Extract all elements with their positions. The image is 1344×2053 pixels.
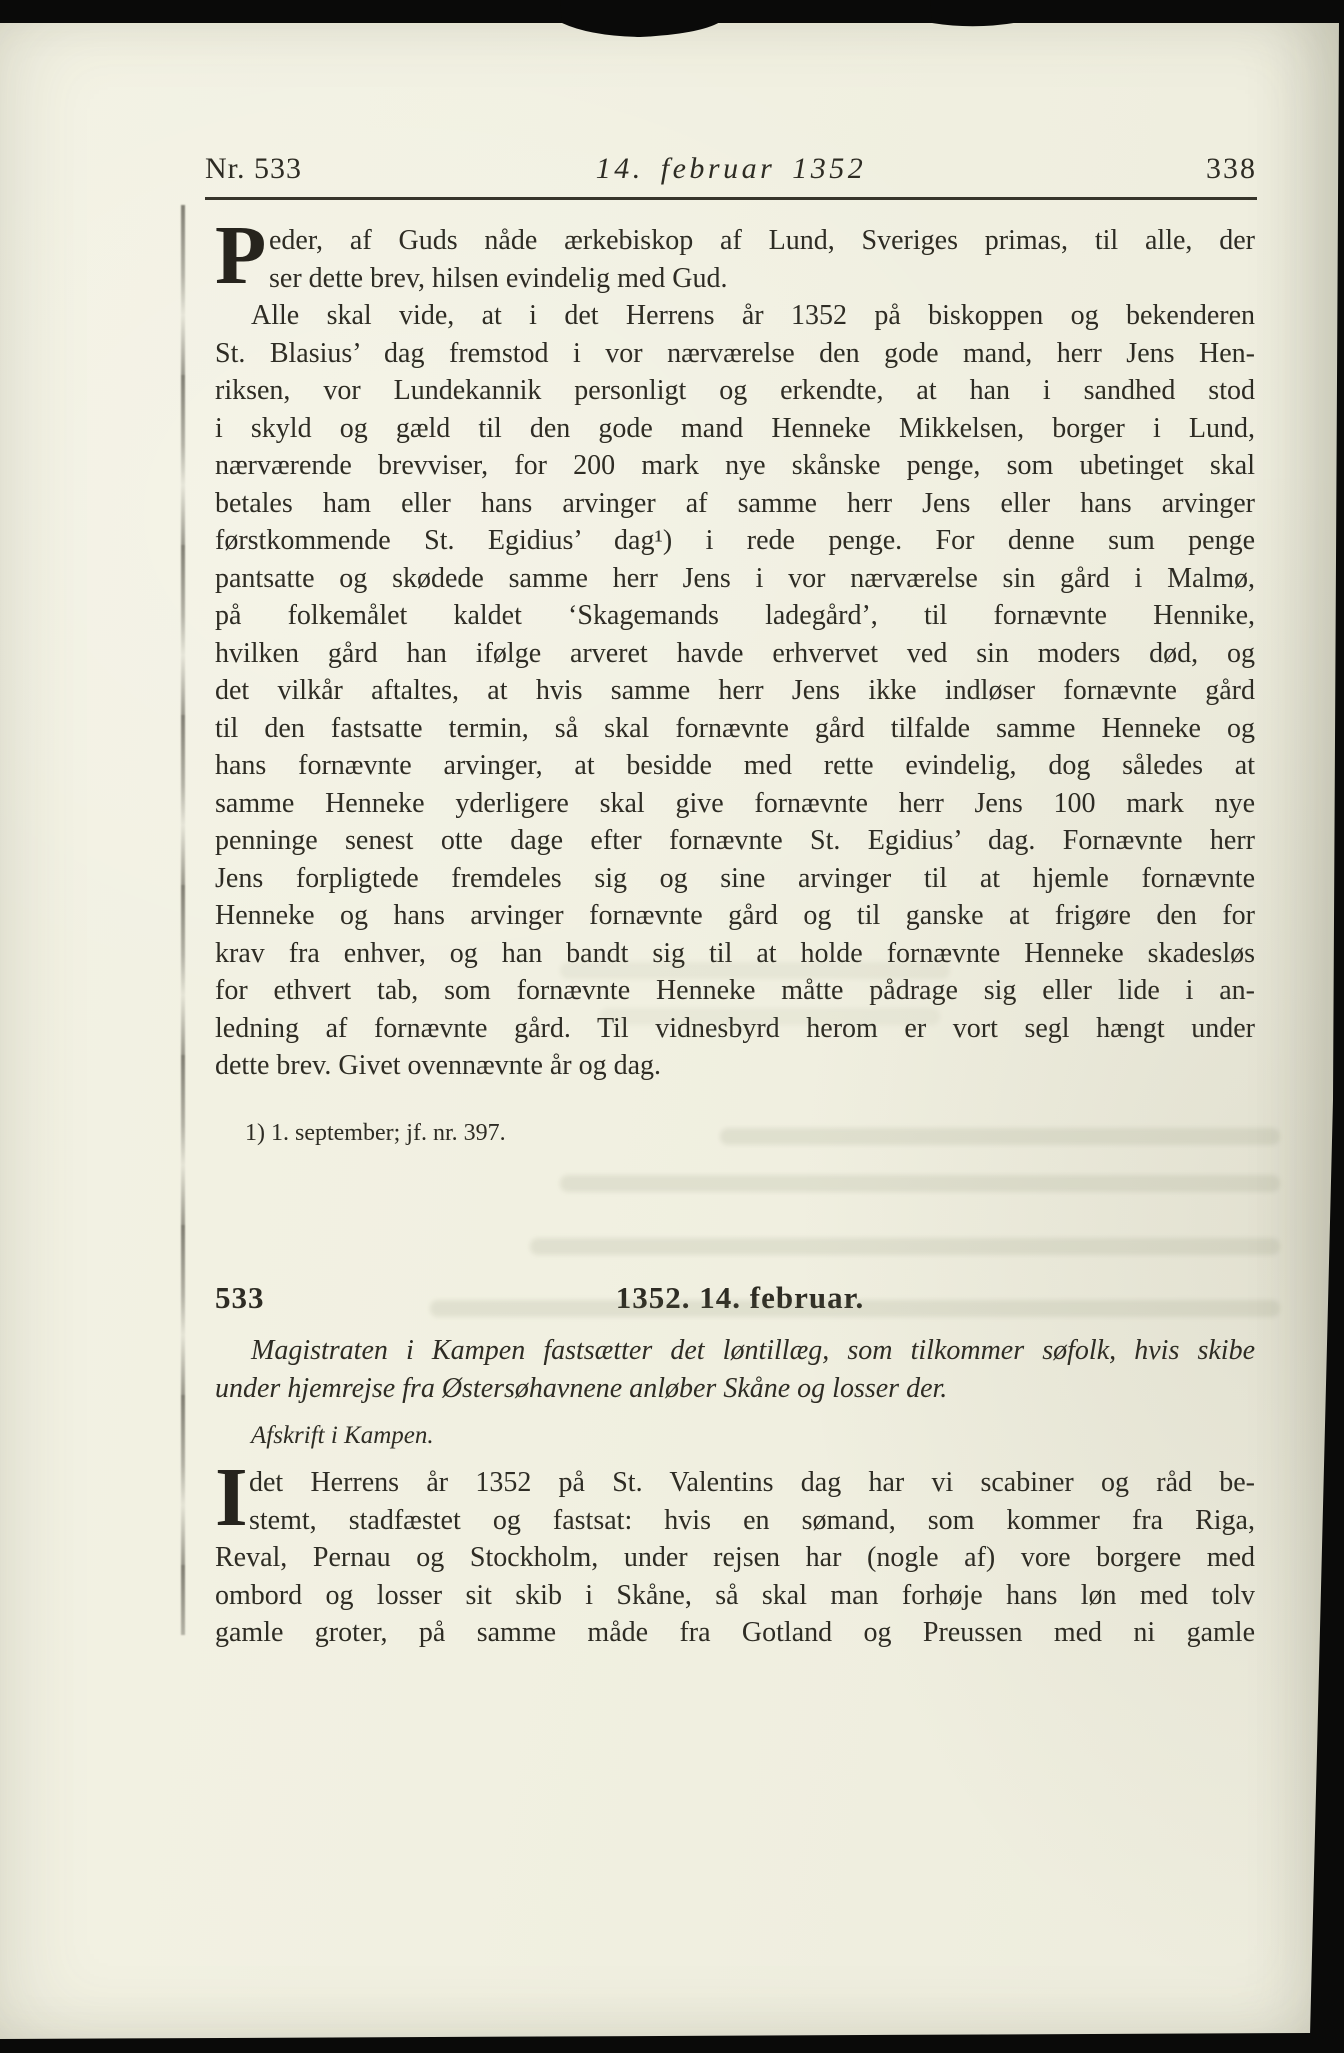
text-line: nærværende brevviser, for 200 mark nye s… <box>215 447 1255 485</box>
document-2-number: 533 <box>215 1280 415 1316</box>
text-line: betales ham eller hans arvinger af samme… <box>215 485 1255 523</box>
drop-cap: P <box>215 222 269 297</box>
text-line: dette brev. Givet ovennævnte år og dag. <box>215 1047 1255 1085</box>
text-line: førstkommende St. Egidius’ dag¹) i rede … <box>215 522 1255 560</box>
text-line: til den fastsatte termin, så skal fornæv… <box>215 710 1255 748</box>
header-number: Nr. 533 <box>205 152 445 186</box>
summary-line: under hjemrejse fra Østersøhavnene anløb… <box>215 1370 1255 1408</box>
text-line: Reval, Pernau og Stockholm, under rejsen… <box>215 1539 1255 1577</box>
text-line: på folkemålet kaldet ‘Skagemands ladegår… <box>215 597 1255 635</box>
text-line: samme Henneke yderligere skal give fornæ… <box>215 785 1255 823</box>
text-line: stemt, stadfæstet og fastsat: hvis en sø… <box>215 1502 1255 1540</box>
bleed-through-artifact <box>600 1008 940 1025</box>
text-line: Jens forpligtede fremdeles sig og sine a… <box>215 860 1255 898</box>
source-note: Afskrift i Kampen. <box>215 1420 1255 1452</box>
bottom-scan-border <box>0 2033 1344 2053</box>
text-line: pantsatte og skødede samme herr Jens i v… <box>215 560 1255 598</box>
text-line: eder, af Guds nåde ærkebiskop af Lund, S… <box>215 222 1255 260</box>
gutter-crease <box>181 205 185 1635</box>
document-1: P eder, af Guds nåde ærkebiskop af Lund,… <box>215 222 1255 1085</box>
text-line: hvilken gård han ifølge arveret havde er… <box>215 635 1255 673</box>
text-line: det vilkår aftaltes, at hvis samme herr … <box>215 672 1255 710</box>
text-line: hans fornævnte arvinger, at besidde med … <box>215 747 1255 785</box>
document-2-summary: Magistraten i Kampen fastsætter det lønt… <box>215 1332 1255 1407</box>
page-scan: Nr. 533 14. februar 1352 338 P eder, af … <box>0 0 1344 2053</box>
text-line: St. Blasius’ dag fremstod i vor nærværel… <box>215 335 1255 373</box>
header-date: 14. februar 1352 <box>445 152 1017 186</box>
text-line: riksen, vor Lundekannik personligt og er… <box>215 372 1255 410</box>
document-2: I det Herrens år 1352 på St. Valentins d… <box>215 1464 1255 1652</box>
document-2-source: Afskrift i Kampen. <box>215 1420 1255 1452</box>
text-line: Henneke og hans arvinger fornævnte gård … <box>215 897 1255 935</box>
top-scan-border-blob <box>930 0 1020 26</box>
bleed-through-artifact <box>560 1175 1280 1192</box>
bleed-through-artifact <box>720 1128 1280 1145</box>
text-line: gamle groter, på samme måde fra Gotland … <box>215 1614 1255 1652</box>
text-line: Alle skal vide, at i det Herrens år 1352… <box>215 297 1255 335</box>
bleed-through-artifact <box>560 962 950 979</box>
text-line: ser dette brev, hilsen evindelig med Gud… <box>215 260 1255 298</box>
top-scan-border <box>0 0 1344 23</box>
text-line: det Herrens år 1352 på St. Valentins dag… <box>215 1464 1255 1502</box>
drop-cap: I <box>215 1464 249 1539</box>
bleed-through-artifact <box>530 1238 1280 1255</box>
top-scan-border-blob <box>560 0 720 37</box>
text-line: i skyld og gæld til den gode mand Hennek… <box>215 410 1255 448</box>
header-rule <box>205 197 1257 200</box>
right-scan-border <box>1302 20 1344 2053</box>
bleed-through-artifact <box>430 1300 1280 1317</box>
page-header: Nr. 533 14. februar 1352 338 <box>205 152 1257 194</box>
text-line: penninge senest otte dage efter fornævnt… <box>215 822 1255 860</box>
text-line: ombord og losser sit skib i Skåne, så sk… <box>215 1577 1255 1615</box>
header-page-number: 338 <box>1017 152 1257 186</box>
summary-line: Magistraten i Kampen fastsætter det lønt… <box>215 1332 1255 1370</box>
